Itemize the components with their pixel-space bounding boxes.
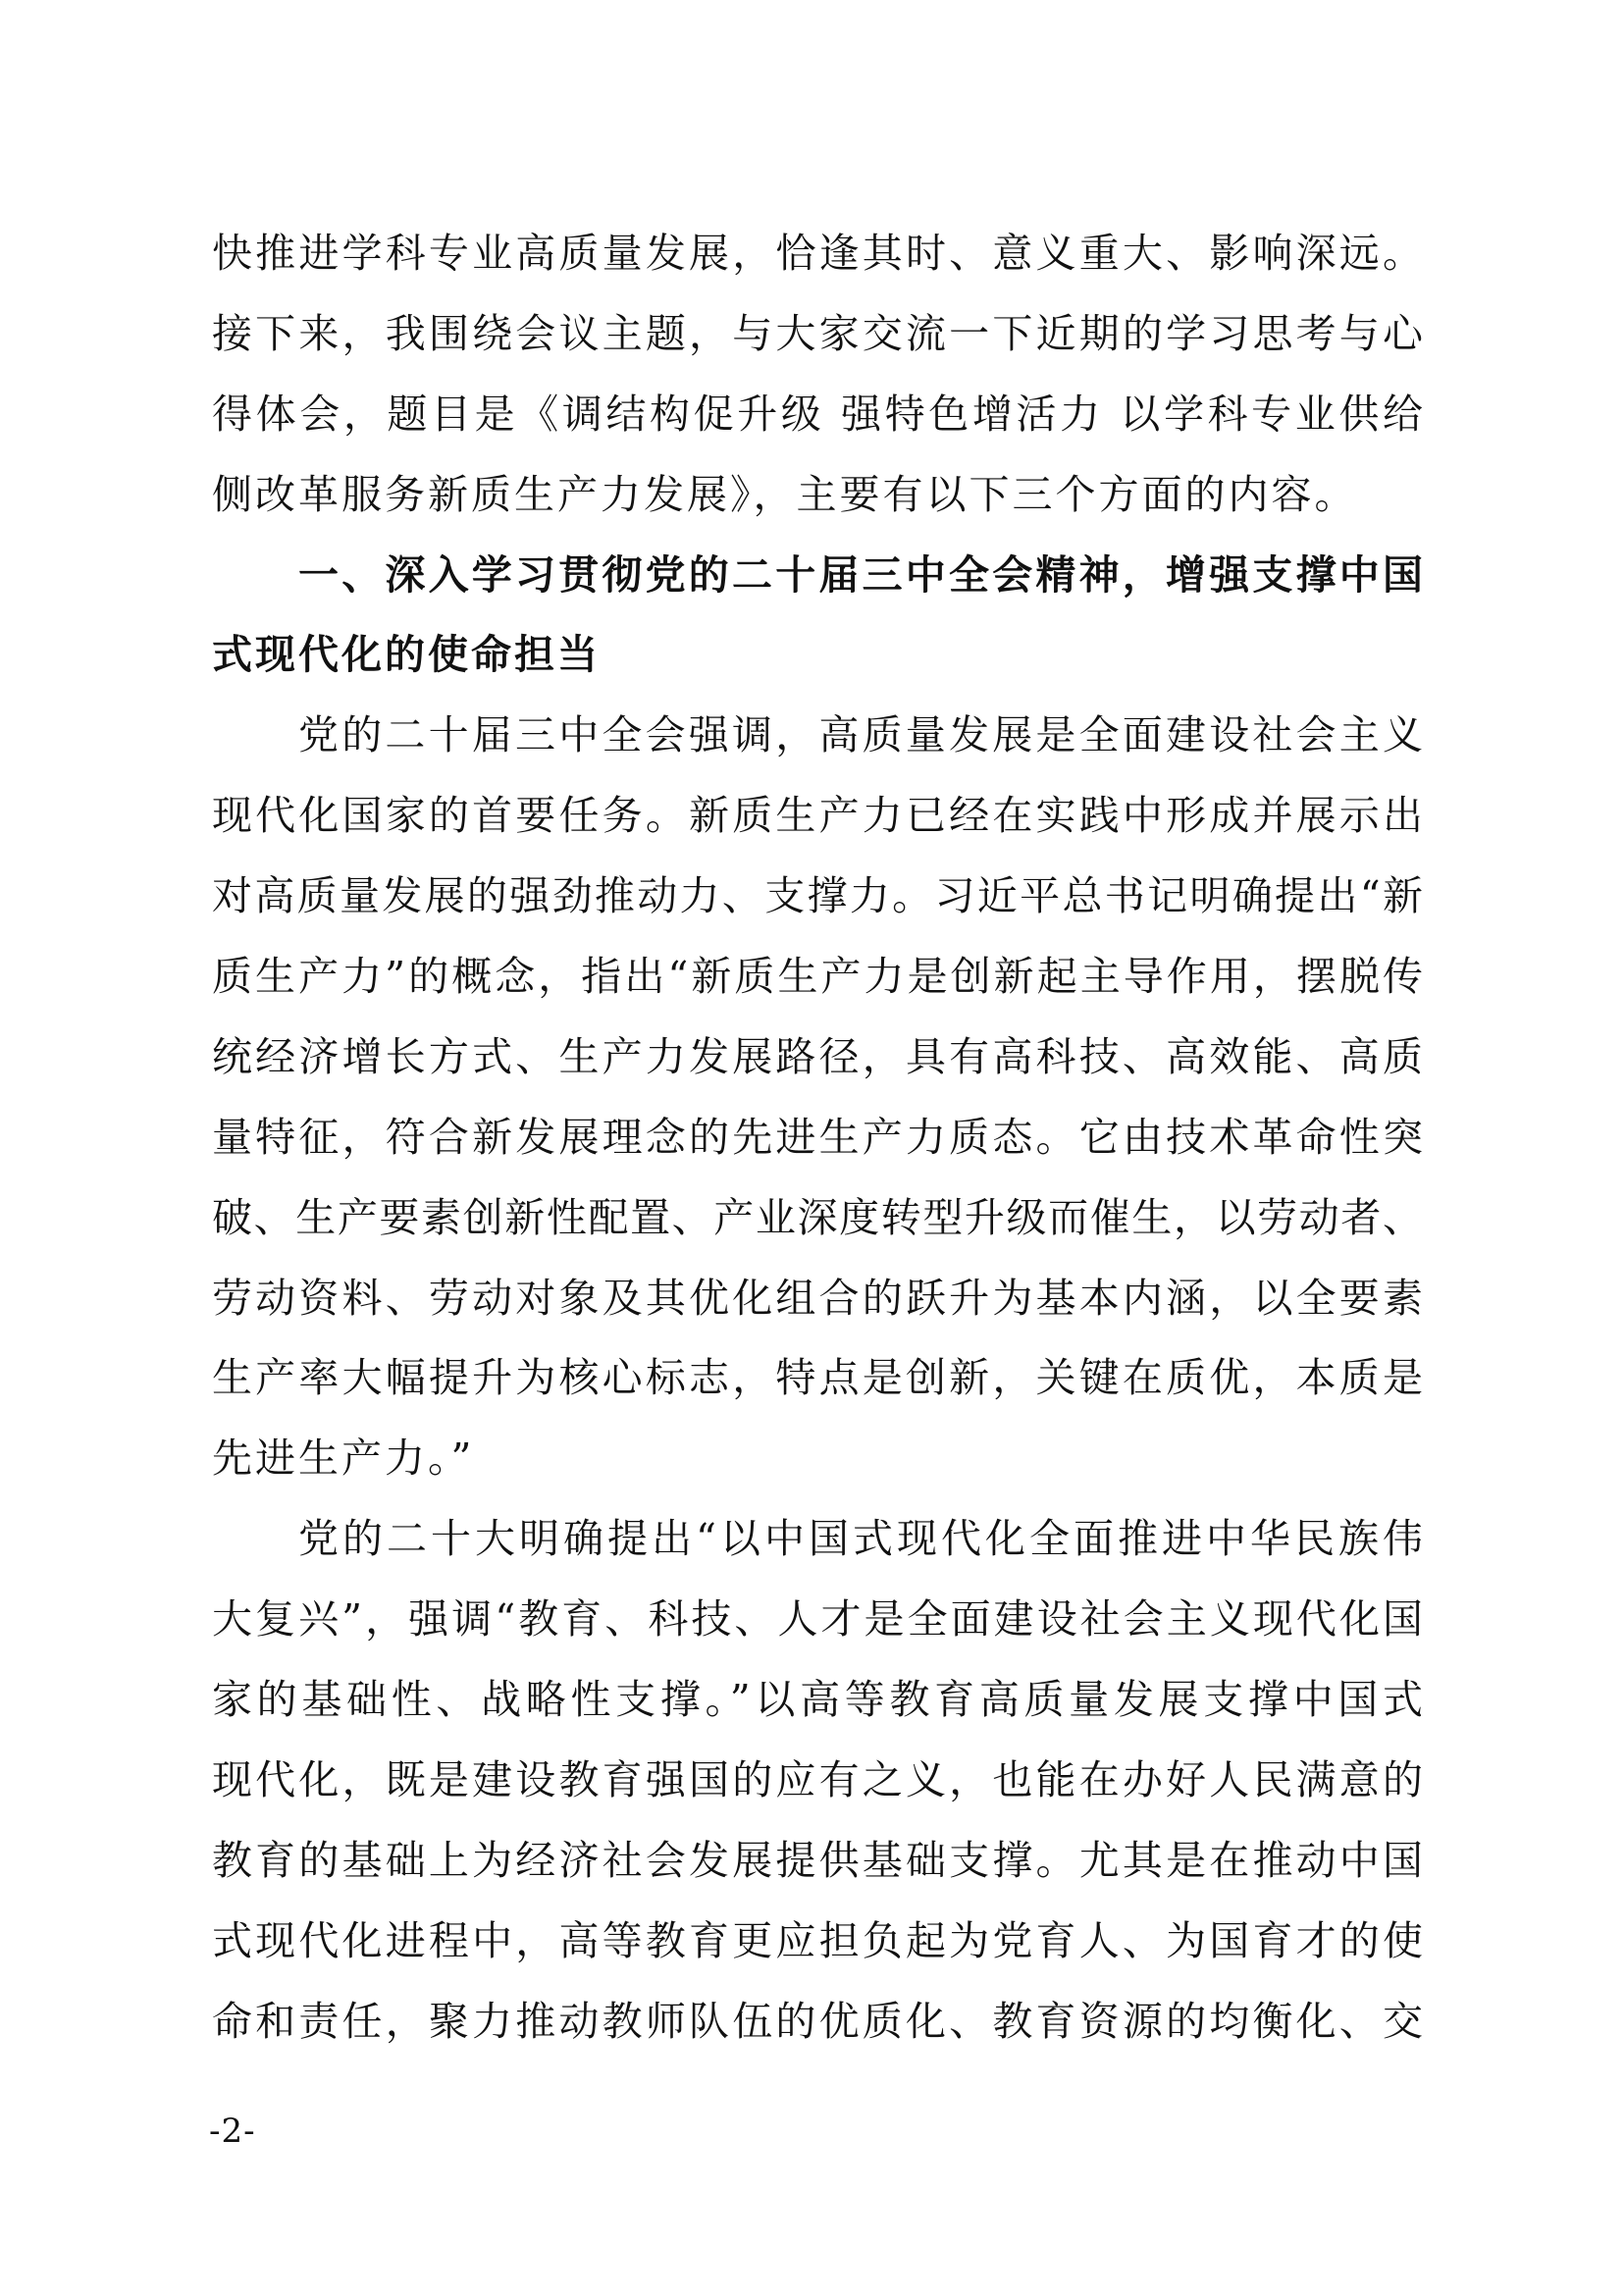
text-line: 接下来，我围绕会议主题，与大家交流一下近期的学习思考与心 <box>212 304 1423 385</box>
document-body: 快推进学科专业高质量发展，恰逢其时、意义重大、影响深远。 接下来，我围绕会议主题… <box>212 224 1423 2071</box>
text-line: 教育的基础上为经济社会发展提供基础支撑。尤其是在推动中国 <box>212 1831 1423 1911</box>
section-heading-1: 一、深入学习贯彻党的二十届三中全会精神，增强支撑中国 式现代化的使命担当 <box>212 546 1423 706</box>
heading-line: 式现代化的使命担当 <box>212 625 1423 705</box>
paragraph-twentieth-congress: 党的二十大明确提出“以中国式现代化全面推进中华民族伟 大复兴”，强调“教育、科技… <box>212 1509 1423 2071</box>
text-line: 统经济增长方式、生产力发展路径，具有高科技、高效能、高质 <box>212 1027 1423 1108</box>
text-line: 快推进学科专业高质量发展，恰逢其时、意义重大、影响深远。 <box>212 224 1423 304</box>
heading-line: 一、深入学习贯彻党的二十届三中全会精神，增强支撑中国 <box>212 546 1423 626</box>
text-line: 党的二十届三中全会强调，高质量发展是全面建设社会主义 <box>212 705 1423 786</box>
document-page: 快推进学科专业高质量发展，恰逢其时、意义重大、影响深远。 接下来，我围绕会议主题… <box>0 0 1624 2296</box>
text-line: 现代化国家的首要任务。新质生产力已经在实践中形成并展示出 <box>212 786 1423 866</box>
text-line: 量特征，符合新发展理念的先进生产力质态。它由技术革命性突 <box>212 1108 1423 1188</box>
text-line: 破、生产要素创新性配置、产业深度转型升级而催生，以劳动者、 <box>212 1188 1423 1269</box>
text-line: 党的二十大明确提出“以中国式现代化全面推进中华民族伟 <box>212 1509 1423 1590</box>
text-line: 质生产力”的概念，指出“新质生产力是创新起主导作用，摆脱传 <box>212 947 1423 1027</box>
paragraph-third-plenum: 党的二十届三中全会强调，高质量发展是全面建设社会主义 现代化国家的首要任务。新质… <box>212 705 1423 1509</box>
text-line: 对高质量发展的强劲推动力、支撑力。习近平总书记明确提出“新 <box>212 866 1423 947</box>
text-line: 大复兴”，强调“教育、科技、人才是全面建设社会主义现代化国 <box>212 1590 1423 1670</box>
text-line: 生产率大幅提升为核心标志，特点是创新，关键在质优，本质是 <box>212 1348 1423 1429</box>
text-line: 式现代化进程中，高等教育更应担负起为党育人、为国育才的使 <box>212 1911 1423 1992</box>
text-line: 家的基础性、战略性支撑。”以高等教育高质量发展支撑中国式 <box>212 1670 1423 1750</box>
text-line: 命和责任，聚力推动教师队伍的优质化、教育资源的均衡化、交 <box>212 1992 1423 2072</box>
text-line: 劳动资料、劳动对象及其优化组合的跃升为基本内涵，以全要素 <box>212 1269 1423 1349</box>
text-line: 得体会，题目是《调结构促升级 强特色增活力 以学科专业供给 <box>212 385 1423 465</box>
text-line: 先进生产力。” <box>212 1429 1423 1509</box>
paragraph-intro-continued: 快推进学科专业高质量发展，恰逢其时、意义重大、影响深远。 接下来，我围绕会议主题… <box>212 224 1423 546</box>
text-line: 侧改革服务新质生产力发展》，主要有以下三个方面的内容。 <box>212 465 1423 546</box>
page-number: -2- <box>209 2112 256 2151</box>
text-line: 现代化，既是建设教育强国的应有之义，也能在办好人民满意的 <box>212 1750 1423 1831</box>
